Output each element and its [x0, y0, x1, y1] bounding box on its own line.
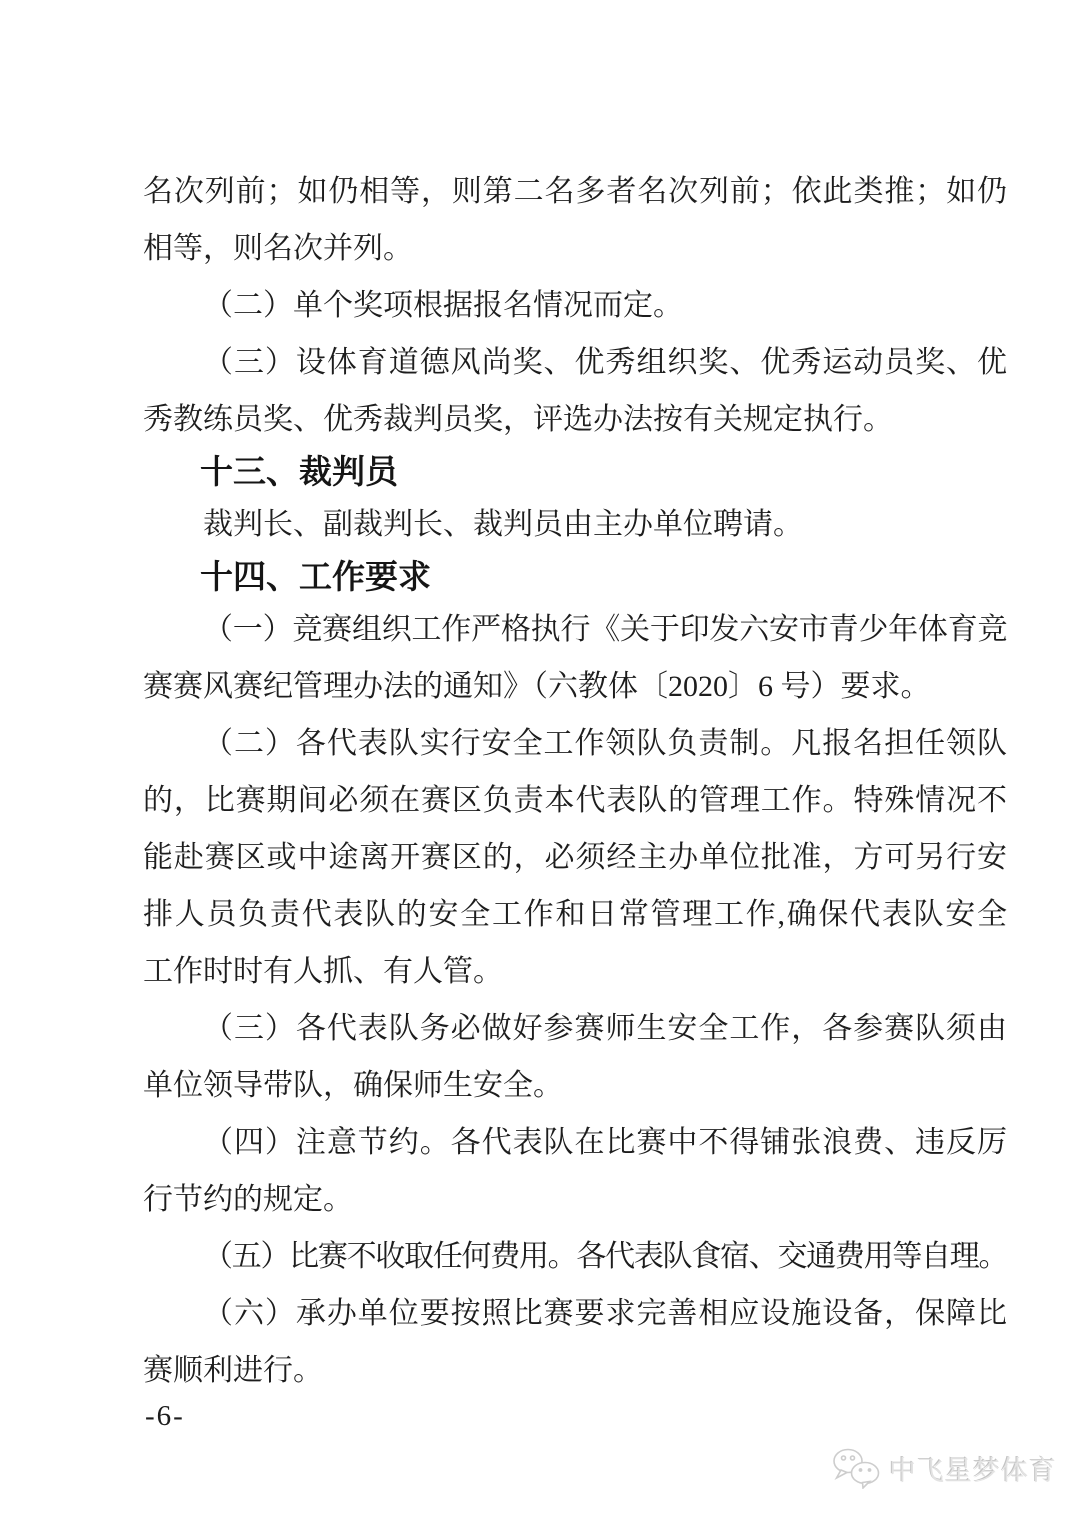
text-line: 相等，则名次并列。	[143, 220, 1007, 277]
text-line: 秀教练员奖、优秀裁判员奖，评选办法按有关规定执行。	[143, 391, 1007, 448]
text-line: 行节约的规定。	[143, 1171, 1007, 1228]
text-line: 名次列前；如仍相等，则第二名多者名次列前；依此类推；如仍	[143, 163, 1007, 220]
text-line: 的，比赛期间必须在赛区负责本代表队的管理工作。特殊情况不	[143, 772, 1007, 829]
wechat-icon	[832, 1447, 882, 1489]
page-number: -6-	[145, 1399, 185, 1433]
text-line: 单位领导带队，确保师生安全。	[143, 1057, 1007, 1114]
text-line: （五）比赛不收取任何费用。各代表队食宿、交通费用等自理。	[143, 1228, 1007, 1285]
text-line: （二）单个奖项根据报名情况而定。	[143, 277, 1007, 334]
text-line: 工作时时有人抓、有人管。	[143, 943, 1007, 1000]
text-line: 能赴赛区或中途离开赛区的，必须经主办单位批准，方可另行安	[143, 829, 1007, 886]
text-line: （三）设体育道德风尚奖、优秀组织奖、优秀运动员奖、优	[143, 334, 1007, 391]
text-line: （三）各代表队务必做好参赛师生安全工作，各参赛队须由	[143, 1000, 1007, 1057]
document-page: 名次列前；如仍相等，则第二名多者名次列前；依此类推；如仍相等，则名次并列。（二）…	[0, 0, 1080, 1527]
section-heading: 十四、工作要求	[143, 553, 1007, 601]
watermark-text: 中飞星梦体育	[889, 1449, 1057, 1488]
section-heading: 十三、裁判员	[143, 448, 1007, 496]
text-line: （一）竞赛组织工作严格执行《关于印发六安市青少年体育竞	[143, 601, 1007, 658]
document-body: 名次列前；如仍相等，则第二名多者名次列前；依此类推；如仍相等，则名次并列。（二）…	[143, 163, 1007, 1399]
text-line: 裁判长、副裁判长、裁判员由主办单位聘请。	[143, 496, 1007, 553]
text-line: 赛赛风赛纪管理办法的通知》（六教体〔2020〕6 号）要求。	[143, 658, 1007, 715]
text-line: 排人员负责代表队的安全工作和日常管理工作,确保代表队安全	[143, 886, 1007, 943]
text-line: （四）注意节约。各代表队在比赛中不得铺张浪费、违反厉	[143, 1114, 1007, 1171]
text-line: （二）各代表队实行安全工作领队负责制。凡报名担任领队	[143, 715, 1007, 772]
text-line: 赛顺利进行。	[143, 1342, 1007, 1399]
text-line: （六）承办单位要按照比赛要求完善相应设施设备，保障比	[143, 1285, 1007, 1342]
watermark: 中飞星梦体育	[832, 1447, 1057, 1489]
